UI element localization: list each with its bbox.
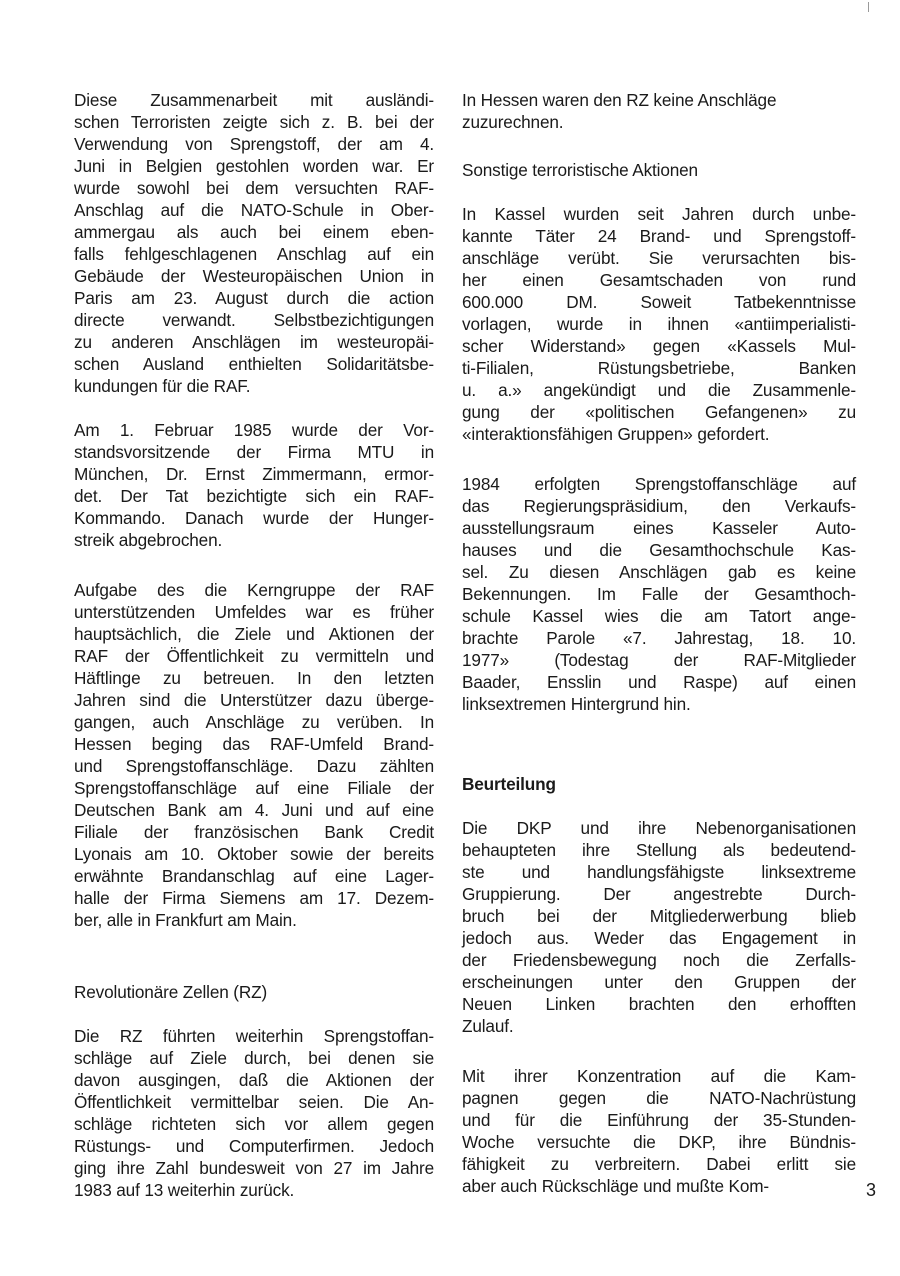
text-line: schläge auf Ziele durch, bei denen sie (74, 1048, 434, 1069)
text-line: linksextremen Hintergrund hin. (462, 694, 691, 715)
text-line: Verwendung von Sprengstoff, der am 4. (74, 134, 434, 155)
text-line: scher Widerstand» gegen «Kassels Mul- (462, 336, 856, 357)
text-line: Häftlinge zu betreuen. In den letzten (74, 668, 434, 689)
text-line: In Kassel wurden seit Jahren durch unbe- (462, 204, 856, 225)
text-line: München, Dr. Ernst Zimmermann, ermor- (74, 464, 434, 485)
text-line: jedoch aus. Weder das Engagement in (462, 928, 856, 949)
text-line: ging ihre Zahl bundesweit von 27 im Jahr… (74, 1158, 434, 1179)
text-line: Aufgabe des die Kerngruppe der RAF (74, 580, 434, 601)
text-line: 1977» (Todestag der RAF-Mitglieder (462, 650, 856, 671)
section-heading: Sonstige terroristische Aktionen (462, 160, 698, 181)
section-heading: Revolutionäre Zellen (RZ) (74, 982, 267, 1003)
text-line: ste und handlungsfähigste linksextreme (462, 862, 856, 883)
text-line: ti-Filialen, Rüstungsbetriebe, Banken (462, 358, 856, 379)
text-line: davon ausgingen, daß die Aktionen der (74, 1070, 434, 1091)
text-line: halle der Firma Siemens am 17. Dezem- (74, 888, 434, 909)
text-line: Zulauf. (462, 1016, 514, 1037)
text-line: 600.000 DM. Soweit Tatbekenntnisse (462, 292, 856, 313)
text-line: Rüstungs- und Computerfirmen. Jedoch (74, 1136, 434, 1157)
text-line: aber auch Rückschläge und mußte Kom- (462, 1176, 769, 1197)
text-line: zu anderen Anschlägen im westeuropäi- (74, 332, 434, 353)
text-line: pagnen gegen die NATO-Nachrüstung (462, 1088, 856, 1109)
text-line: streik abgebrochen. (74, 530, 222, 551)
text-line: unterstützenden Umfeldes war es früher (74, 602, 434, 623)
text-line: «interaktionsfähigen Gruppen» gefordert. (462, 424, 769, 445)
text-line: Die DKP und ihre Nebenorganisationen (462, 818, 856, 839)
text-line: ammergau als auch bei einem eben- (74, 222, 434, 243)
text-line: gangen, auch Anschläge zu verüben. In (74, 712, 434, 733)
text-line: gung der «politischen Gefangenen» zu (462, 402, 856, 423)
text-line: vorlagen, wurde in ihnen «antiimperialis… (462, 314, 856, 335)
text-line: behaupteten ihre Stellung als bedeutend- (462, 840, 856, 861)
text-line: falls fehlgeschlagenen Anschlag auf ein (74, 244, 434, 265)
text-line: her einen Gesamtschaden von rund (462, 270, 856, 291)
text-line: schule Kassel wies die am Tatort ange- (462, 606, 856, 627)
text-line: Sprengstoffanschläge auf eine Filiale de… (74, 778, 434, 799)
text-line: Gruppierung. Der angestrebte Durch- (462, 884, 856, 905)
text-line: zuzurechnen. (462, 112, 563, 133)
text-line: wurde sowohl bei dem versuchten RAF- (74, 178, 434, 199)
text-line: kannte Täter 24 Brand- und Sprengstoff- (462, 226, 856, 247)
text-line: Anschlag auf die NATO-Schule in Ober- (74, 200, 434, 221)
text-line: Paris am 23. August durch die action (74, 288, 434, 309)
text-line: fähigkeit zu verbreitern. Dabei erlitt s… (462, 1154, 856, 1175)
text-line: erwähnte Brandanschlag auf eine Lager- (74, 866, 434, 887)
text-line: ber, alle in Frankfurt am Main. (74, 910, 297, 931)
text-line: und Sprengstoffanschläge. Dazu zählten (74, 756, 434, 777)
text-line: u. a.» angekündigt und die Zusammenle- (462, 380, 856, 401)
text-line: Jahren sind die Unterstützer dazu überge… (74, 690, 434, 711)
text-line: bruch bei der Mitgliederwerbung blieb (462, 906, 856, 927)
text-line: schen Terroristen zeigte sich z. B. bei … (74, 112, 434, 133)
text-line: ausstellungsraum eines Kasseler Auto- (462, 518, 856, 539)
text-line: Öffentlichkeit vermittelbar seien. Die A… (74, 1092, 434, 1113)
text-line: Die RZ führten weiterhin Sprengstoffan- (74, 1026, 434, 1047)
text-line: Neuen Linken brachten den erhofften (462, 994, 856, 1015)
text-line: schläge richteten sich vor allem gegen (74, 1114, 434, 1135)
text-line: standsvorsitzende der Firma MTU in (74, 442, 434, 463)
text-line: und für die Einführung der 35-Stunden- (462, 1110, 856, 1131)
text-line: det. Der Tat bezichtigte sich ein RAF- (74, 486, 434, 507)
text-line: kundungen für die RAF. (74, 376, 250, 397)
text-line: anschläge verübt. Sie verursachten bis- (462, 248, 856, 269)
text-line: schen Ausland enthielten Solidaritätsbe- (74, 354, 434, 375)
text-line: Am 1. Februar 1985 wurde der Vor- (74, 420, 434, 441)
text-line: der Friedensbewegung noch die Zerfalls- (462, 950, 856, 971)
text-line: Deutschen Bank am 4. Juni und auf eine (74, 800, 434, 821)
text-line: 1983 auf 13 weiterhin zurück. (74, 1180, 294, 1201)
text-line: 1984 erfolgten Sprengstoffanschläge auf (462, 474, 856, 495)
text-line: erscheinungen unter den Gruppen der (462, 972, 856, 993)
text-line: sel. Zu diesen Anschlägen gab es keine (462, 562, 856, 583)
text-line: Diese Zusammenarbeit mit ausländi- (74, 90, 434, 111)
text-line: Juni in Belgien gestohlen worden war. Er (74, 156, 434, 177)
scan-mark (868, 2, 869, 12)
text-line: hauptsächlich, die Ziele und Aktionen de… (74, 624, 434, 645)
text-line: directe verwandt. Selbstbezichtigungen (74, 310, 434, 331)
text-line: RAF der Öffentlichkeit zu vermitteln und (74, 646, 434, 667)
text-line: brachte Parole «7. Jahrestag, 18. 10. (462, 628, 856, 649)
text-line: hauses und die Gesamthochschule Kas- (462, 540, 856, 561)
document-page: Diese Zusammenarbeit mit ausländi- schen… (0, 0, 900, 1276)
text-line: Hessen beging das RAF-Umfeld Brand- (74, 734, 434, 755)
text-line: In Hessen waren den RZ keine Anschläge (462, 90, 776, 111)
text-line: Woche versuchte die DKP, ihre Bündnis- (462, 1132, 856, 1153)
text-line: Bekennungen. Im Falle der Gesamthoch- (462, 584, 856, 605)
text-line: das Regierungspräsidium, den Verkaufs- (462, 496, 856, 517)
text-line: Mit ihrer Konzentration auf die Kam- (462, 1066, 856, 1087)
text-line: Baader, Ensslin und Raspe) auf einen (462, 672, 856, 693)
text-line: Lyonais am 10. Oktober sowie der bereits (74, 844, 434, 865)
text-line: Gebäude der Westeuropäischen Union in (74, 266, 434, 287)
section-heading: Beurteilung (462, 774, 556, 795)
page-number: 3 (866, 1180, 876, 1201)
text-line: Kommando. Danach wurde der Hunger- (74, 508, 434, 529)
text-line: Filiale der französischen Bank Credit (74, 822, 434, 843)
